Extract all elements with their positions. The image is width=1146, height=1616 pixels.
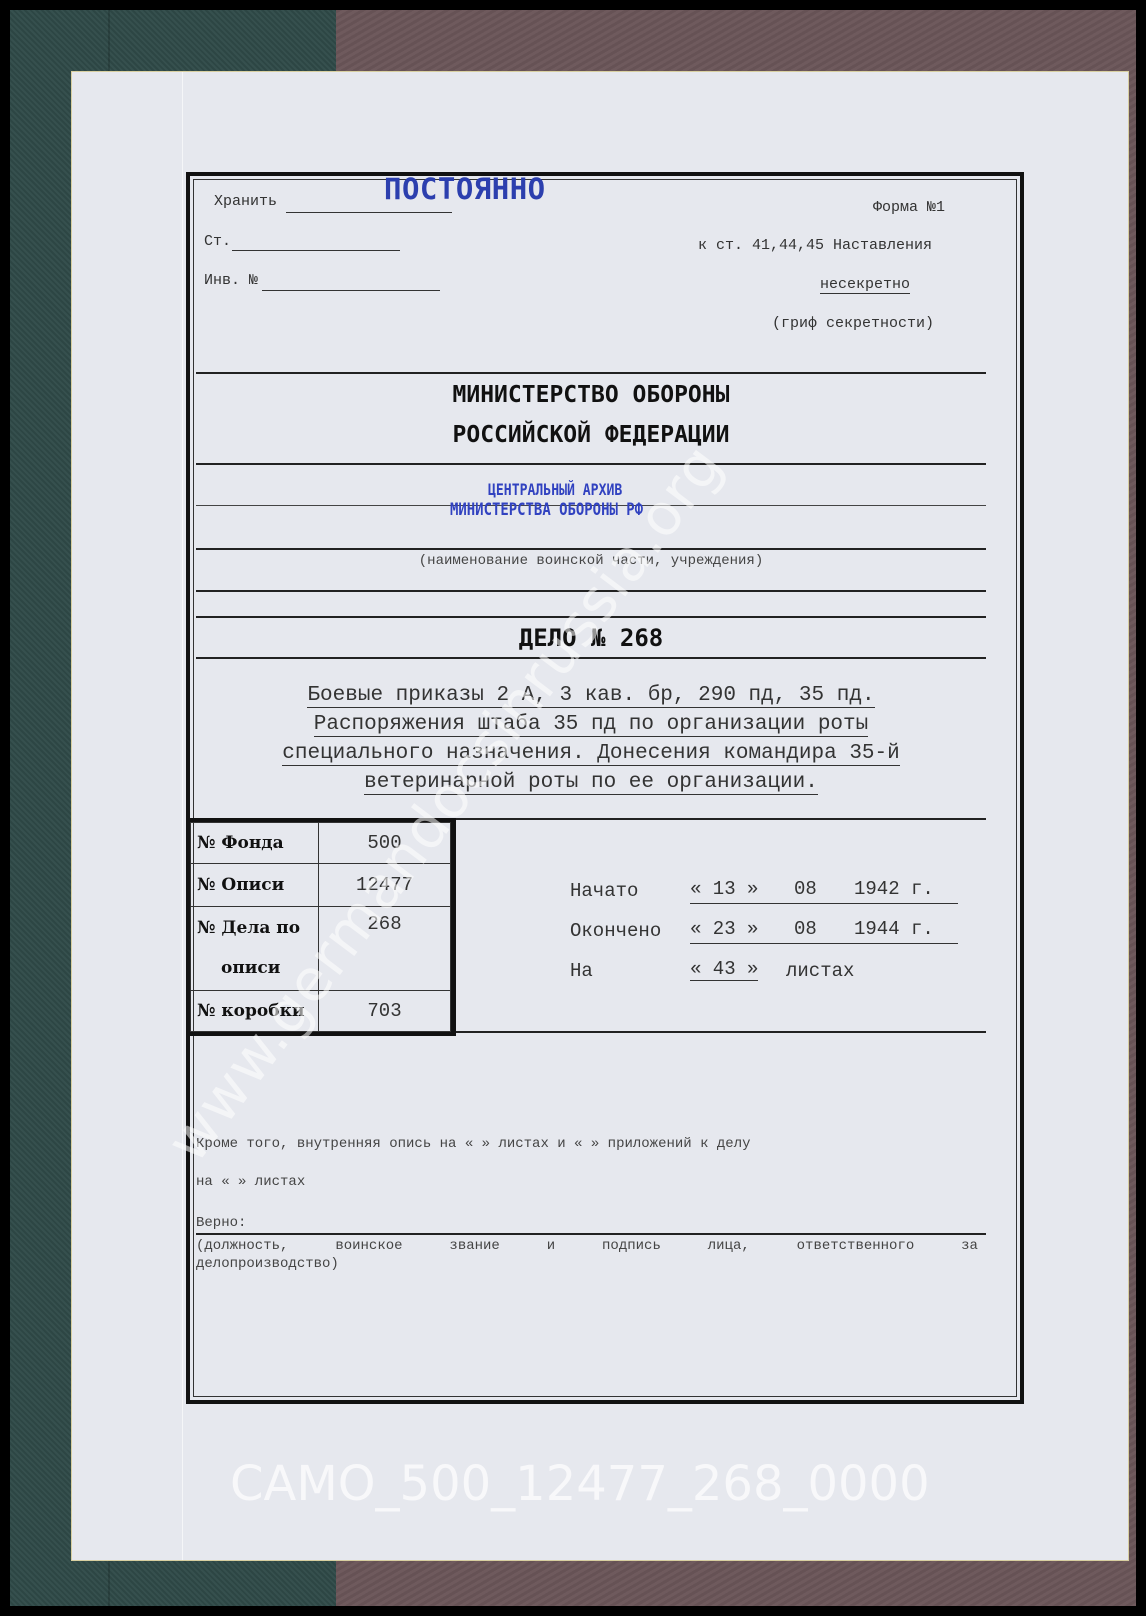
divider bbox=[196, 372, 986, 374]
archive-stamp-line-2: МИНИСТЕРСТВА ОБОРОНЫ РФ bbox=[450, 500, 643, 520]
started-date: « 13 » 08 1942 г. bbox=[690, 878, 958, 904]
signature-caption-line-2: делопроизводство) bbox=[196, 1256, 339, 1272]
caption-word: (должность, bbox=[196, 1238, 288, 1254]
started-day: « 13 » bbox=[690, 878, 758, 900]
caption-word: подпись bbox=[602, 1238, 661, 1254]
fond-label: № Фонда bbox=[191, 823, 319, 864]
caption-word: лица, bbox=[708, 1238, 750, 1254]
article-underline bbox=[232, 234, 400, 251]
ended-month: 08 bbox=[794, 918, 817, 940]
certified-label: Верно: bbox=[196, 1215, 246, 1231]
divider bbox=[456, 1031, 986, 1033]
caption-word: звание bbox=[449, 1238, 499, 1254]
inventory-underline bbox=[262, 274, 440, 291]
ministry-line-1: МИНИСТЕРСТВО ОБОРОНЫ bbox=[196, 382, 986, 408]
started-year: 1942 г. bbox=[854, 878, 934, 900]
inventory-label: Инв. № bbox=[204, 272, 258, 289]
opis-label: № Описи bbox=[191, 863, 319, 906]
signature-caption: (должность, воинское звание и подпись ли… bbox=[196, 1238, 978, 1254]
article-label: Ст. bbox=[204, 233, 231, 250]
description-line: специального назначения. Донесения коман… bbox=[282, 742, 900, 766]
sheets-count: « 43 » bbox=[690, 958, 758, 981]
ministry-line-2: РОССИЙСКОЙ ФЕДЕРАЦИИ bbox=[196, 422, 986, 448]
internal-inventory-line: Кроме того, внутренняя опись на « » лист… bbox=[196, 1136, 751, 1152]
divider bbox=[196, 548, 986, 550]
case-description: Боевые приказы 2 А, 3 кав. бр, 290 пд, 3… bbox=[196, 684, 986, 800]
description-line: Боевые приказы 2 А, 3 кав. бр, 290 пд, 3… bbox=[307, 684, 874, 708]
divider bbox=[196, 463, 986, 465]
description-line: Распоряжения штаба 35 пд по организации … bbox=[314, 713, 869, 737]
sheets-unit: листах bbox=[786, 960, 854, 982]
archive-stamp-line-1: ЦЕНТРАЛЬНЫЙ АРХИВ bbox=[488, 480, 622, 499]
secrecy-value: несекретно bbox=[820, 276, 910, 294]
secrecy-caption: (гриф секретности) bbox=[772, 315, 934, 332]
ended-label: Окончено bbox=[570, 920, 661, 942]
caption-word: и bbox=[547, 1238, 555, 1254]
caption-word: воинское bbox=[335, 1238, 402, 1254]
started-label: Начато bbox=[570, 880, 638, 902]
internal-inventory-sheets: на « » листах bbox=[196, 1174, 305, 1190]
sheets-label: На bbox=[570, 960, 593, 982]
file-code-watermark: CAMO_500_12477_268_0000 bbox=[230, 1456, 930, 1512]
caption-word: за bbox=[961, 1238, 978, 1254]
ended-date: « 23 » 08 1944 г. bbox=[690, 918, 958, 944]
ended-year: 1944 г. bbox=[854, 918, 934, 940]
ended-day: « 23 » bbox=[690, 918, 758, 940]
divider bbox=[196, 1233, 986, 1235]
article-reference: к ст. 41,44,45 Наставления bbox=[698, 237, 932, 254]
paper-fold bbox=[182, 72, 183, 1560]
caption-word: ответственного bbox=[797, 1238, 915, 1254]
form-number: Форма №1 bbox=[873, 199, 945, 216]
keep-stamp: ПОСТОЯННО bbox=[384, 172, 546, 206]
keep-label: Хранить bbox=[214, 193, 277, 210]
started-month: 08 bbox=[794, 878, 817, 900]
